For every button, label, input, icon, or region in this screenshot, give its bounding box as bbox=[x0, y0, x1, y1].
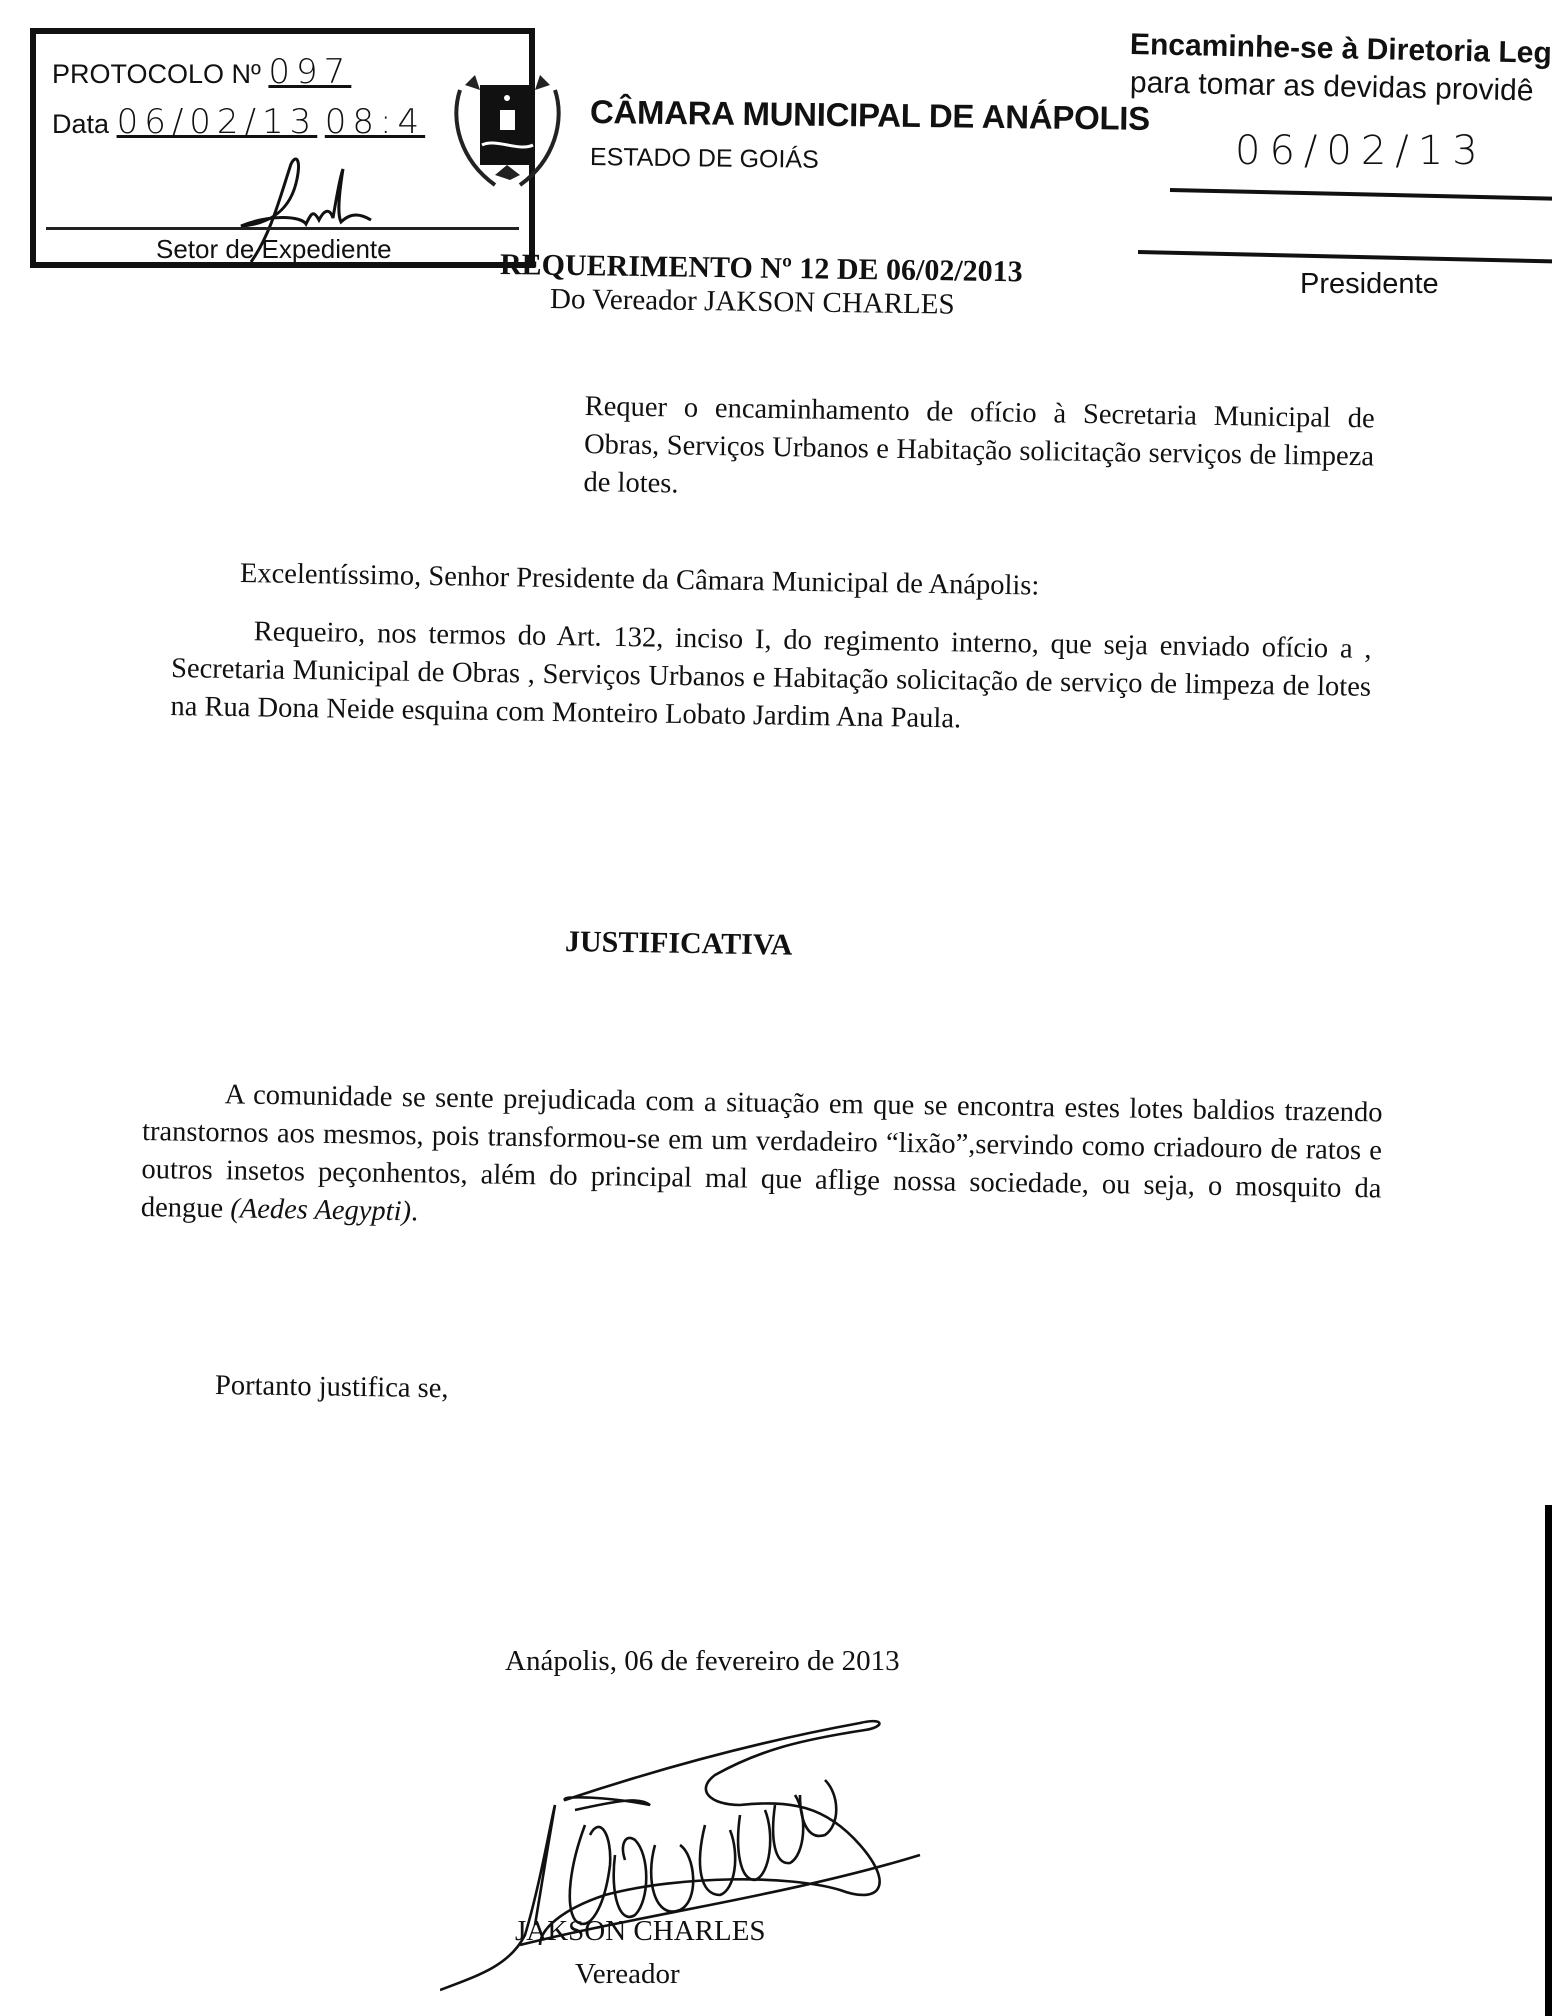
coat-of-arms-icon bbox=[450, 60, 565, 190]
state-name: ESTADO DE GOIÁS bbox=[590, 143, 819, 175]
time-value: 08:4 bbox=[325, 102, 425, 142]
ementa-paragraph: Requer o encaminhamento de ofício à Secr… bbox=[583, 388, 1375, 514]
dispatch-line-2: para tomar as devidas providê bbox=[1130, 66, 1534, 108]
justification-heading: JUSTIFICATIVA bbox=[565, 925, 793, 963]
institution-name: CÂMARA MUNICIPAL DE ANÁPOLIS bbox=[590, 93, 1150, 138]
dispatch-date: 06/02/13 bbox=[1235, 128, 1487, 174]
dispatch-date-line bbox=[1170, 188, 1552, 201]
date-value: 06/02/13 bbox=[117, 102, 318, 142]
signer-name: JAKSON CHARLES bbox=[515, 1915, 766, 1948]
dispatch-signature-line bbox=[1138, 250, 1552, 264]
protocol-number: 097 bbox=[268, 52, 351, 92]
closing-text: Portanto justifica se, bbox=[215, 1370, 449, 1405]
species-name: (Aedes Aegypti) bbox=[230, 1193, 411, 1227]
date-label: Data bbox=[52, 109, 109, 139]
justification-paragraph: A comunidade se sente prejudicada com a … bbox=[141, 1075, 1383, 1246]
justification-end: . bbox=[411, 1196, 419, 1227]
stamp-sector: Setor de Expediente bbox=[156, 234, 392, 265]
signer-role: Vereador bbox=[575, 1958, 680, 1991]
dispatch-line-1: Encaminhe-se à Diretoria Legi bbox=[1130, 28, 1552, 71]
stamp-signature-line bbox=[46, 227, 519, 230]
dispatch-note: Encaminhe-se à Diretoria Legi para tomar… bbox=[1130, 28, 1552, 288]
protocol-label: PROTOCOLO Nº bbox=[52, 59, 261, 89]
scan-edge-bar bbox=[1545, 1505, 1552, 2016]
place-date: Anápolis, 06 de fevereiro de 2013 bbox=[505, 1645, 900, 1678]
salutation: Excelentíssimo, Senhor Presidente da Câm… bbox=[240, 558, 1040, 603]
protocol-number-row: PROTOCOLO Nº 097 bbox=[52, 52, 351, 92]
request-paragraph: Requeiro, nos termos do Art. 132, inciso… bbox=[170, 612, 1372, 745]
handwritten-signature-icon bbox=[440, 1705, 940, 2005]
dispatch-signature-label: Presidente bbox=[1300, 268, 1439, 301]
document-author: Do Vereador JAKSON CHARLES bbox=[550, 283, 955, 322]
protocol-date-row: Data 06/02/13 08:4 bbox=[52, 102, 425, 142]
